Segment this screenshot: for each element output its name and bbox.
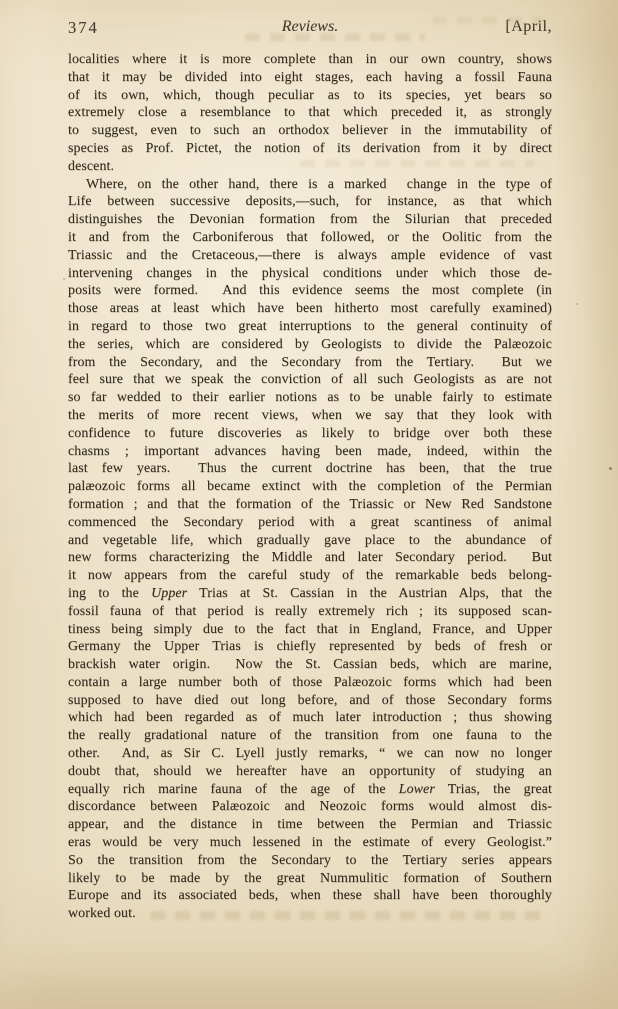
text-line: brackish water origin. Now the St. Cassi… (68, 656, 552, 674)
text-line: discordance between Palæozoic and Neozoi… (68, 798, 552, 816)
text-line: from the Secondary, and the Secondary fr… (68, 354, 552, 372)
text-line: appear, and the distance in time between… (68, 816, 552, 834)
text-line: Europe and its associated beds, when the… (68, 887, 552, 905)
text-line: to suggest, even to such an orthodox bel… (68, 122, 552, 140)
text-line: it and from the Carboniferous that follo… (68, 229, 552, 247)
ink-speck (63, 278, 65, 280)
text-line: so far wedded to their earlier notions a… (68, 389, 552, 407)
page-body: localities where it is more complete tha… (68, 51, 552, 923)
scanned-page: 374 Reviews. [April, localities where it… (0, 0, 618, 1009)
text-line: those areas at least which have been hit… (68, 300, 552, 318)
ink-speck (609, 467, 612, 470)
text-line: Life between successive deposits,—such, … (68, 193, 552, 211)
running-title: Reviews. (68, 18, 552, 36)
text-line: extremely close a resemblance to that wh… (68, 104, 552, 122)
text-line: palæozoic forms all became extinct with … (68, 478, 552, 496)
text-line: worked out. (68, 905, 552, 923)
text-line: other. And, as Sir C. Lyell justly remar… (68, 745, 552, 763)
text-line: formation ; and that the formation of th… (68, 496, 552, 514)
text-line: supposed to have died out long before, a… (68, 692, 552, 710)
text-line: commenced the Secondary period with a gr… (68, 514, 552, 532)
text-line: feel sure that we speak the conviction o… (68, 371, 552, 389)
text-line: and vegetable life, which gradually gave… (68, 532, 552, 550)
text-line: of its own, which, though peculiar as to… (68, 87, 552, 105)
text-line: species as Prof. Pictet, the notion of i… (68, 140, 552, 158)
text-line: Germany the Upper Trias is chiefly repre… (68, 638, 552, 656)
text-line: distinguishes the Devonian formation fro… (68, 211, 552, 229)
text-line: in regard to those two great interruptio… (68, 318, 552, 336)
issue-label: [April, (505, 18, 552, 36)
text-line: posits were formed. And this evidence se… (68, 282, 552, 300)
text-line: chasms ; important advances having been … (68, 443, 552, 461)
text-line: tiness being simply due to the fact that… (68, 621, 552, 639)
text-line: likely to be made by the great Nummuliti… (68, 870, 552, 888)
text-line: Where, on the other hand, there is a mar… (68, 176, 552, 194)
text-line: last few years. Thus the current doctrin… (68, 460, 552, 478)
text-line: the series, which are considered by Geol… (68, 336, 552, 354)
text-line: equally rich marine fauna of the age of … (68, 781, 552, 799)
text-line: fossil fauna of that period is really ex… (68, 603, 552, 621)
ink-speck (576, 303, 578, 305)
text-line: eras would be very much lessened in the … (68, 834, 552, 852)
text-line: it now appears from the careful study of… (68, 567, 552, 585)
text-line: new forms characterizing the Middle and … (68, 549, 552, 567)
text-line: ing to the Upper Trias at St. Cassian in… (68, 585, 552, 603)
text-line: the merits of more recent views, when we… (68, 407, 552, 425)
text-line: confidence to future discoveries as like… (68, 425, 552, 443)
text-line: Triassic and the Cretaceous,—there is al… (68, 247, 552, 265)
text-line: intervening changes in the physical cond… (68, 265, 552, 283)
text-line: doubt that, should we hereafter have an … (68, 763, 552, 781)
page-header: 374 Reviews. [April, (68, 18, 552, 40)
text-line: the really gradational nature of the tra… (68, 727, 552, 745)
text-line: localities where it is more complete tha… (68, 51, 552, 69)
text-line: which had been regarded as of much later… (68, 709, 552, 727)
text-line: descent. (68, 158, 552, 176)
text-line: contain a large number both of those Pal… (68, 674, 552, 692)
text-line: that it may be divided into eight stages… (68, 69, 552, 87)
text-line: So the transition from the Secondary to … (68, 852, 552, 870)
